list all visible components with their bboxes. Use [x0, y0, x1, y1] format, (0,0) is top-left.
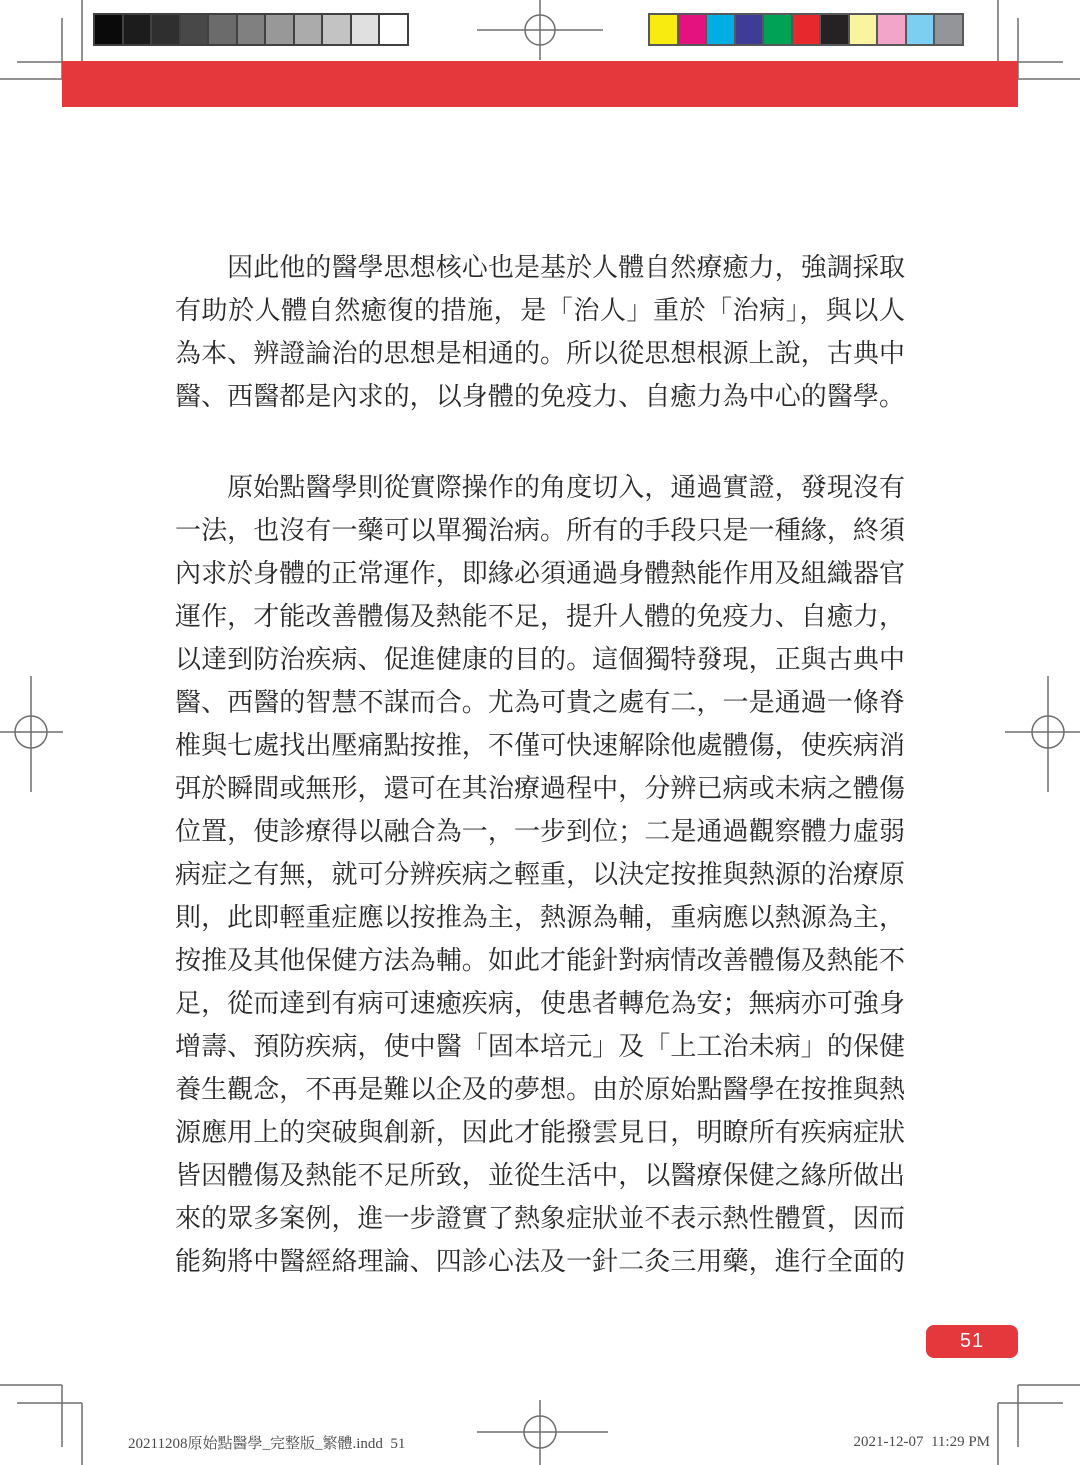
page: 因此他的醫學思想核心也是基於人體自然療癒力，強調採取有助於人體自然癒復的措施，是… [0, 0, 1080, 1465]
registration-mark-top [477, 0, 603, 60]
text-line: 位置，使診療得以融合為一，一步到位；二是通過觀察體力虛弱 [175, 810, 905, 853]
body-text: 因此他的醫學思想核心也是基於人體自然療癒力，強調採取有助於人體自然癒復的措施，是… [175, 246, 905, 1283]
calibration-swatch [762, 13, 793, 46]
calibration-swatch [819, 13, 850, 46]
text-line: 弭於瞬間或無形，還可在其治療過程中，分辨已病或未病之體傷 [175, 767, 905, 810]
footer-timestamp: 2021-12-07 11:29 PM [853, 1434, 990, 1451]
text-line: 一法，也沒有一藥可以單獨治病。所有的手段只是一種緣，終須 [175, 509, 905, 552]
text-line: 運作，才能改善體傷及熱能不足，提升人體的免疫力、自癒力， [175, 595, 905, 638]
body-paragraph: 因此他的醫學思想核心也是基於人體自然療癒力，強調採取有助於人體自然癒復的措施，是… [175, 246, 905, 418]
text-line: 能夠將中醫經絡理論、四診心法及一針二灸三用藥，進行全面的 [175, 1240, 905, 1283]
text-line: 按推及其他保健方法為輔。如此才能針對病情改善體傷及熱能不 [175, 939, 905, 982]
page-number-badge: 51 [926, 1325, 1018, 1358]
text-line: 皆因體傷及熱能不足所致，並從生活中，以醫療保健之緣所做出 [175, 1154, 905, 1197]
text-line: 增壽、預防疾病，使中醫「固本培元」及「上工治未病」的保健 [175, 1025, 905, 1068]
calibration-swatch [350, 13, 381, 46]
text-line: 有助於人體自然癒復的措施，是「治人」重於「治病」，與以人 [175, 289, 905, 332]
text-line: 醫、西醫的智慧不謀而合。尤為可貴之處有二，一是通過一條脊 [175, 681, 905, 724]
calibration-swatch [905, 13, 936, 46]
calibration-swatch [876, 13, 907, 46]
calibration-swatch [791, 13, 822, 46]
text-line: 來的眾多案例，進一步證實了熱象症狀並不表示熱性體質，因而 [175, 1197, 905, 1240]
calibration-swatch [207, 13, 238, 46]
text-line: 源應用上的突破與創新，因此才能撥雲見日，明瞭所有疾病症狀 [175, 1111, 905, 1154]
calibration-swatch [236, 13, 267, 46]
header-banner [62, 61, 1018, 107]
calibration-swatch [677, 13, 708, 46]
text-line: 則，此即輕重症應以按推為主，熱源為輔，重病應以熱源為主， [175, 896, 905, 939]
registration-mark-bottom [477, 1400, 608, 1465]
text-line: 因此他的醫學思想核心也是基於人體自然療癒力，強調採取 [175, 246, 905, 289]
calibration-swatch [321, 13, 352, 46]
text-line: 為本、辨證論治的思想是相通的。所以從思想根源上說，古典中 [175, 332, 905, 375]
text-line: 病症之有無，就可分辨疾病之輕重，以決定按推與熱源的治療原 [175, 853, 905, 896]
crop-mark-bottom-right [998, 1385, 1080, 1465]
text-line: 足，從而達到有病可速癒疾病，使患者轉危為安；無病亦可強身 [175, 982, 905, 1025]
calibration-swatch [122, 13, 153, 46]
registration-mark-left [0, 676, 63, 792]
crop-mark-bottom-left [0, 1385, 82, 1465]
calibration-swatch [150, 13, 181, 46]
grayscale-calibration-bar [93, 13, 409, 46]
calibration-swatch [648, 13, 679, 46]
body-paragraph: 原始點醫學則從實際操作的角度切入，通過實證，發現沒有一法，也沒有一藥可以單獨治病… [175, 466, 905, 1283]
calibration-swatch [705, 13, 736, 46]
text-line: 養生觀念，不再是難以企及的夢想。由於原始點醫學在按推與熱 [175, 1068, 905, 1111]
calibration-swatch [293, 13, 324, 46]
calibration-swatch [264, 13, 295, 46]
calibration-swatch [93, 13, 124, 46]
page-number: 51 [960, 1330, 984, 1353]
text-line: 醫、西醫都是內求的，以身體的免疫力、自癒力為中心的醫學。 [175, 375, 905, 418]
footer-filename: 20211208原始點醫學_完整版_繁體.indd 51 [128, 1432, 405, 1453]
text-line: 原始點醫學則從實際操作的角度切入，通過實證，發現沒有 [175, 466, 905, 509]
text-line: 以達到防治疾病、促進健康的目的。這個獨特發現，正與古典中 [175, 638, 905, 681]
calibration-swatch [179, 13, 210, 46]
registration-mark-right [1005, 676, 1080, 792]
calibration-swatch [378, 13, 409, 46]
calibration-swatch [933, 13, 964, 46]
calibration-swatch [848, 13, 879, 46]
text-line: 椎與七處找出壓痛點按推，不僅可快速解除他處體傷，使疾病消 [175, 724, 905, 767]
color-calibration-bar [648, 13, 964, 46]
calibration-swatch [734, 13, 765, 46]
text-line: 內求於身體的正常運作，即緣必須通過身體熱能作用及組織器官 [175, 552, 905, 595]
